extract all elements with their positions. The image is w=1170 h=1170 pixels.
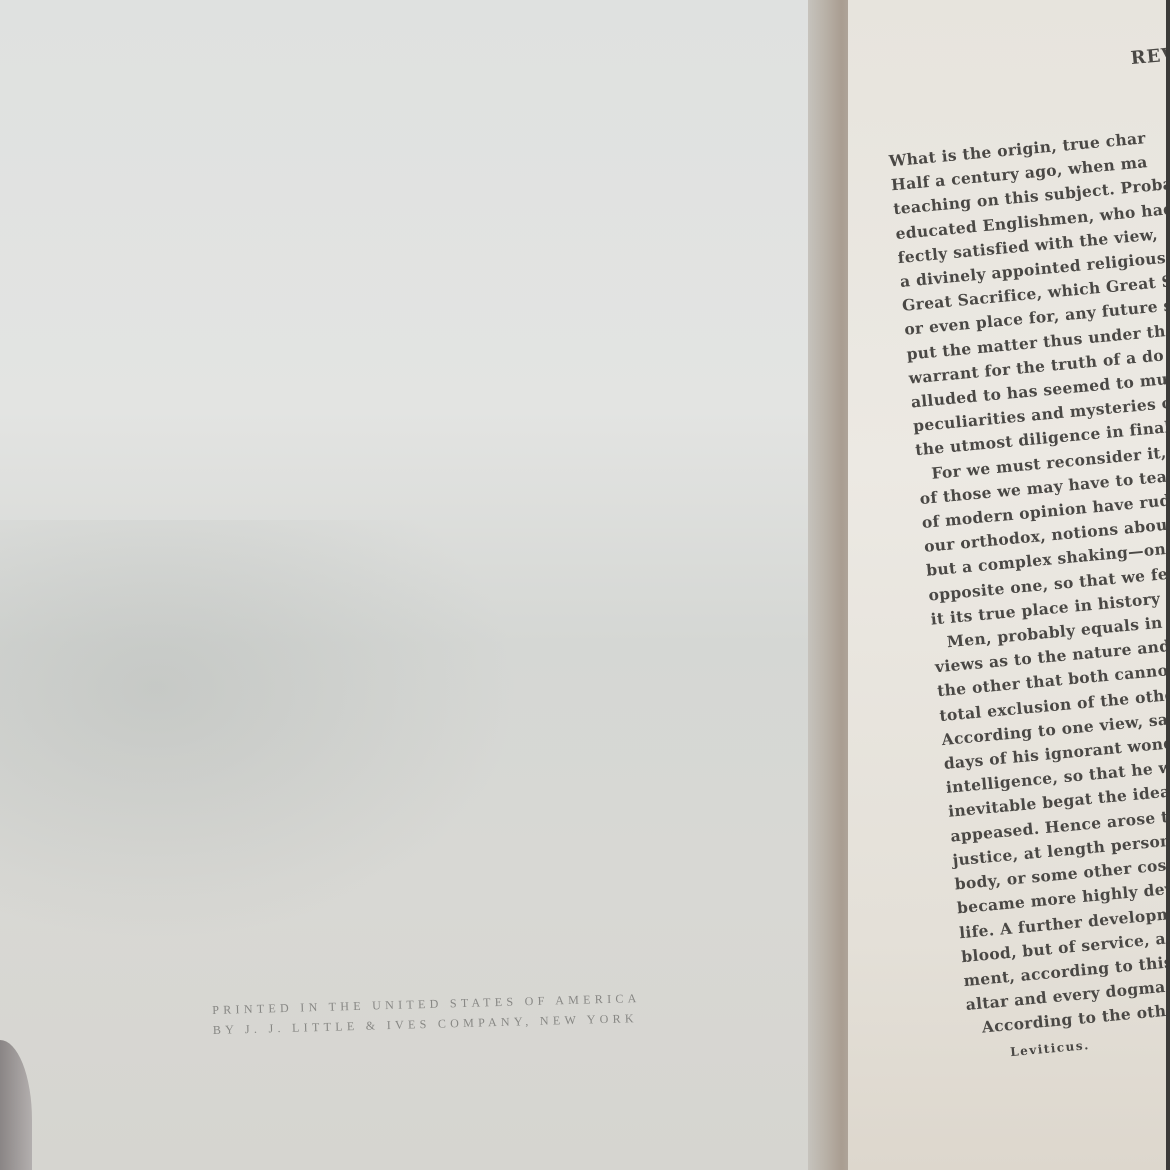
body-text-block: REV. I What is the origin, true charHalf… (878, 2, 1170, 40)
page-shadow (0, 520, 520, 940)
thumb-holding-page (0, 1040, 32, 1170)
printer-imprint: Printed in the United States of America … (212, 985, 733, 1040)
page-heading: REV. I (1130, 41, 1170, 71)
page-edge (1166, 0, 1170, 1170)
body-lines: What is the origin, true charHalf a cent… (888, 124, 1170, 1067)
left-page-verso: Printed in the United States of America … (0, 0, 840, 1170)
right-page-recto: REV. I What is the origin, true charHalf… (848, 0, 1170, 1170)
